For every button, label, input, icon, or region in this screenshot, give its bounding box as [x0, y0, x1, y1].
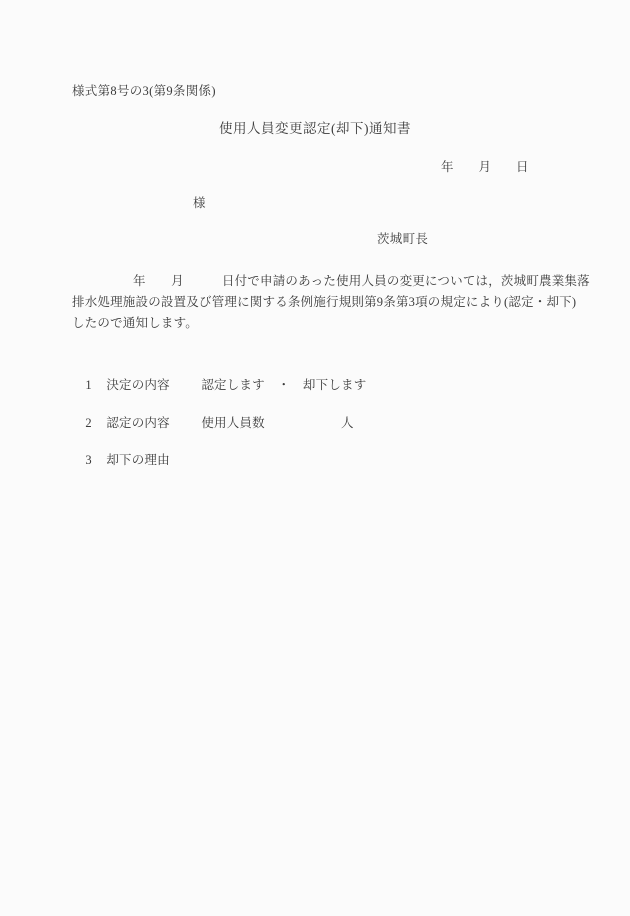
sender-name: 茨城町長: [377, 232, 428, 246]
item-number: 3: [85, 453, 106, 467]
body-line: したので通知します。: [72, 313, 572, 334]
item-value: 使用人員数 人: [201, 416, 353, 430]
item-row-rejection-reason: 3却下の理由: [72, 439, 201, 482]
item-row-decision: 1決定の内容認定します ・ 却下します: [72, 364, 366, 407]
form-number: 様式第8号の3(第9条関係): [72, 84, 216, 98]
body-paragraph: 年 月 日付で申請のあった使用人員の変更については，茨城町農業集落 排水処理施設…: [72, 271, 572, 333]
body-line: 排水処理施設の設置及び管理に関する条例施行規則第9条第3項の規定により(認定・却…: [72, 292, 572, 313]
document-title: 使用人員変更認定(却下)通知書: [0, 121, 630, 137]
item-value: 認定します ・ 却下します: [201, 378, 366, 392]
item-number: 1: [85, 378, 106, 392]
item-number: 2: [85, 416, 106, 430]
item-label: 認定の内容: [106, 416, 201, 430]
body-line: 年 月 日付で申請のあった使用人員の変更については，茨城町農業集落: [72, 271, 572, 292]
recipient-suffix: 様: [193, 196, 206, 210]
document-page: 様式第8号の3(第9条関係) 使用人員変更認定(却下)通知書 年 月 日 様 茨…: [0, 0, 630, 916]
date-line: 年 月 日: [441, 160, 529, 174]
item-label: 決定の内容: [106, 378, 201, 392]
item-label: 却下の理由: [106, 453, 201, 467]
